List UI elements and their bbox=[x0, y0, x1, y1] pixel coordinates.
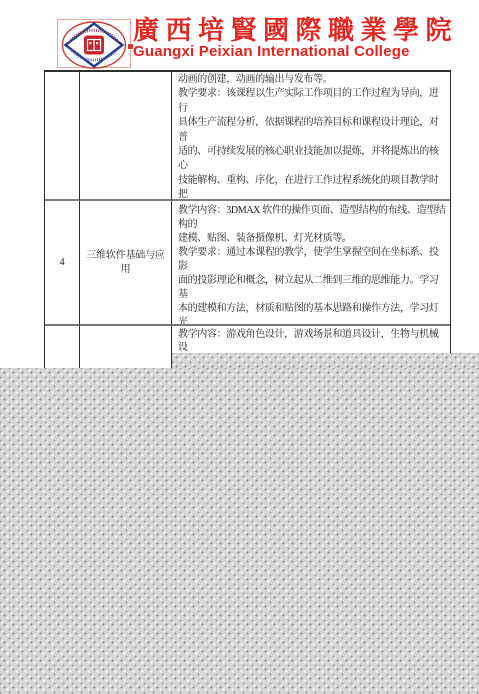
occlusion-overlay-upper bbox=[172, 353, 479, 368]
course-no-cell bbox=[45, 72, 80, 201]
course-table: 动画的创建，动画的输出与发布等。 教学要求：该课程以生产实际工作项目的工作过程为… bbox=[44, 70, 451, 368]
course-name-cell bbox=[80, 72, 172, 201]
course-name-cell bbox=[80, 326, 172, 368]
course-desc-cell: 教学内容：3DMAX 软件的操作页面、造型结构的布线、造型结构的 建模、贴图、装… bbox=[172, 201, 450, 326]
occlusion-overlay-lower bbox=[0, 368, 479, 694]
course-name-cell: 三维软件基础与应用 bbox=[80, 201, 172, 326]
course-desc-cell: 动画的创建，动画的输出与发布等。 教学要求：该课程以生产实际工作项目的工作过程为… bbox=[172, 72, 450, 201]
course-no-cell: 4 bbox=[45, 201, 80, 326]
course-no-cell bbox=[45, 326, 80, 368]
page-title-en: Guangxi Peixian International College bbox=[133, 44, 410, 60]
college-logo-icon bbox=[61, 21, 127, 69]
